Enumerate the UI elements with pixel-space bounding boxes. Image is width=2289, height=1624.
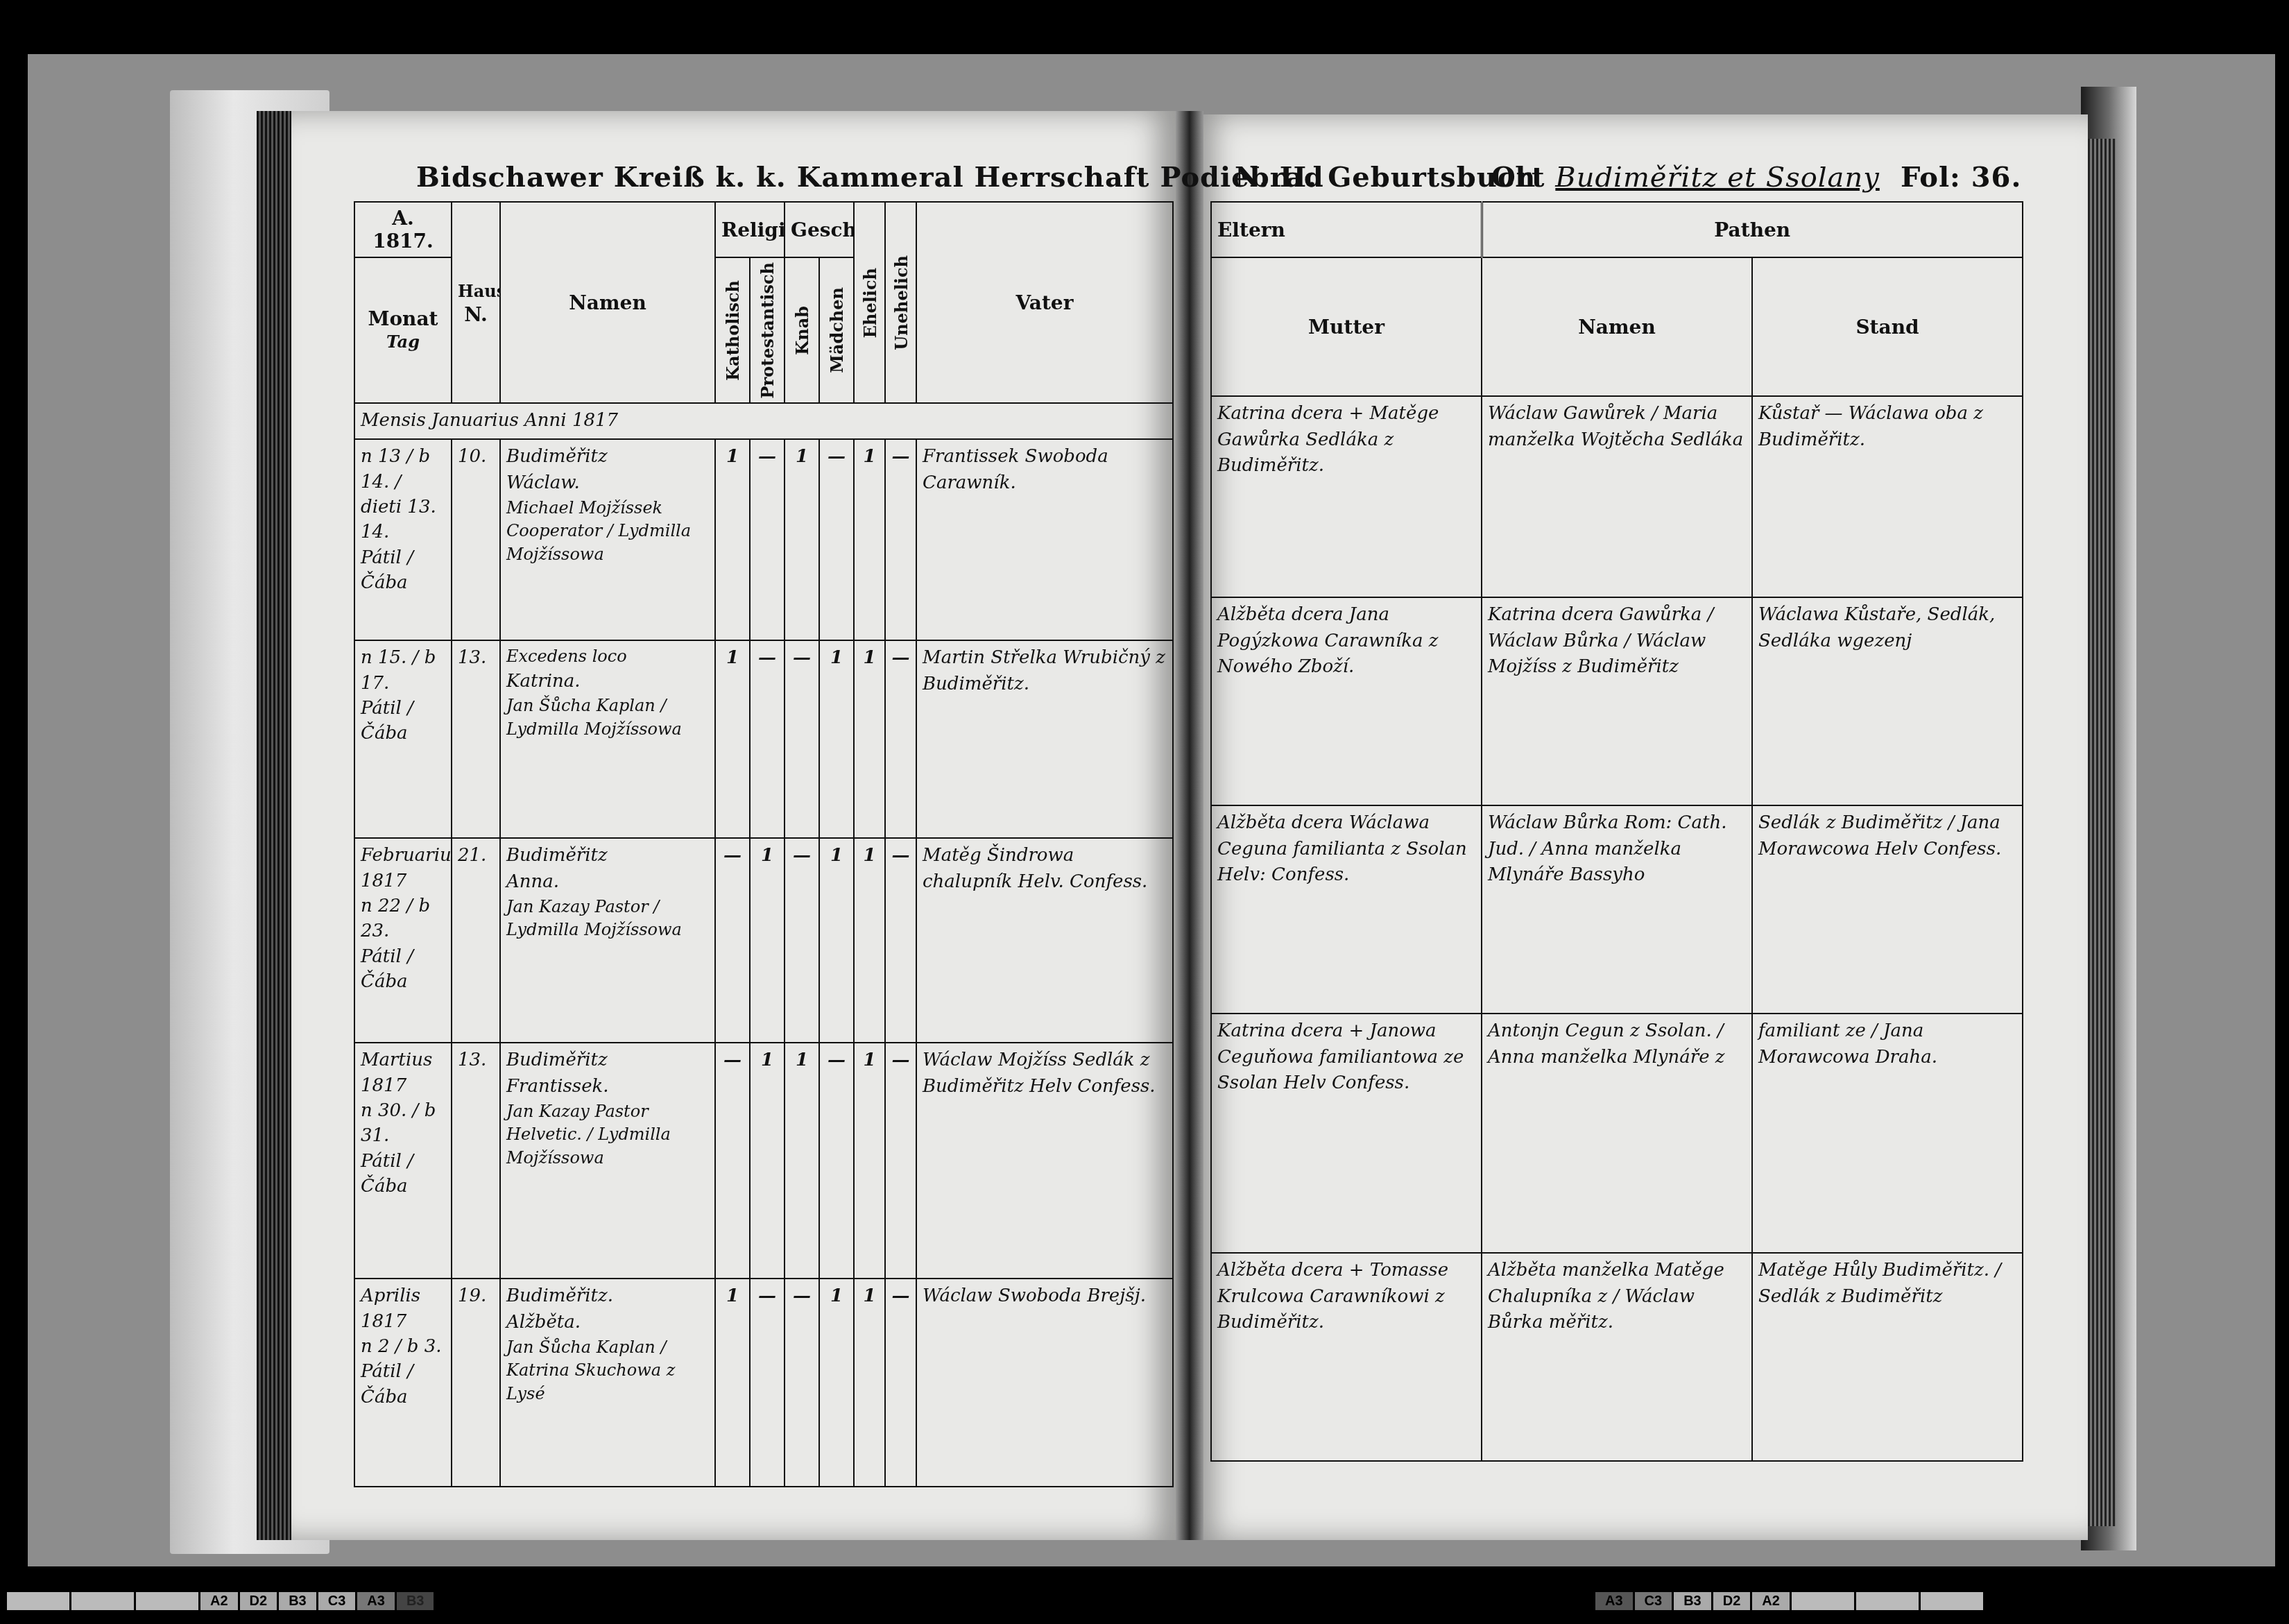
house-header: HausN. xyxy=(452,202,500,403)
right-register-table: Eltern Pathen Mutter Namen Stand Katrina… xyxy=(1210,201,2023,1462)
entry-mother: Katrina dcera + Janowa Ceguňowa familian… xyxy=(1211,1014,1482,1253)
entry-mother: Alžběta dcera Wáclawa Ceguna familianta … xyxy=(1211,805,1482,1014)
strip-label: B3 xyxy=(1674,1592,1713,1610)
illegitimate-header: Unehelich xyxy=(885,202,916,403)
film-calibration-strip-right: A3 C3 B3 D2 A2 xyxy=(1595,1592,1985,1613)
entry-illegitimate: — xyxy=(885,838,916,1043)
parents-header-continued: Eltern xyxy=(1211,202,1482,257)
strip-blank xyxy=(1856,1592,1921,1610)
names-header: Namen xyxy=(500,202,715,403)
father-header: Vater xyxy=(916,202,1173,403)
godparents-header: Pathen xyxy=(1482,202,2023,257)
entry-protestant: — xyxy=(750,640,785,838)
entry-godparents: Katrina dcera Gawůrka / Wáclaw Bůrka / W… xyxy=(1482,597,1752,805)
entry-legitimate: 1 xyxy=(854,1043,885,1279)
strip-label: B3 xyxy=(279,1592,318,1610)
register-entry: Katrina dcera + Matěge Gawůrka Sedláka z… xyxy=(1211,396,2023,597)
entry-date: n 15. / b 17. xyxy=(361,645,445,696)
entry-house-number: 10. xyxy=(452,439,500,640)
entry-place: Excedens loco xyxy=(506,645,709,669)
entry-girl: — xyxy=(819,1043,854,1279)
entry-date: n 22 / b 23. xyxy=(361,894,445,944)
entry-father: Martin Střelka Wrubičný z Budiměřitz. xyxy=(916,640,1173,838)
entry-house-number: 13. xyxy=(452,640,500,838)
entry-godparents: Alžběta manželka Matěge Chalupníka z / W… xyxy=(1482,1253,1752,1461)
godparent-names-header: Namen xyxy=(1482,257,1752,396)
legitimate-header: Ehelich xyxy=(854,202,885,403)
strip-label: D2 xyxy=(1713,1592,1753,1610)
entry-illegitimate: — xyxy=(885,640,916,838)
entry-father: Frantissek Swoboda Carawník. xyxy=(916,439,1173,640)
strip-label: D2 xyxy=(240,1592,280,1610)
entry-boy: 1 xyxy=(785,1043,819,1279)
entry-boy: — xyxy=(785,1279,819,1487)
entry-illegitimate: — xyxy=(885,1043,916,1279)
register-entry: n 15. / b 17.Pátil / Čába 13. Excedens l… xyxy=(354,640,1173,838)
register-entry: Katrina dcera + Janowa Ceguňowa familian… xyxy=(1211,1014,2023,1253)
place-name: Budiměřitz et Ssolany xyxy=(1555,162,1879,194)
entry-father: Wáclaw Mojžíss Sedlák z Budiměřitz Helv … xyxy=(916,1043,1173,1279)
entry-baptist-label: Pátil / Čába xyxy=(361,545,445,596)
strip-label: C3 xyxy=(1635,1592,1674,1610)
register-entry: Februarius 1817n 22 / b 23.Pátil / Čába … xyxy=(354,838,1173,1043)
entry-baptized-by: Michael Mojžíssek Cooperator / Lydmilla … xyxy=(506,497,709,567)
girl-header: Mädchen xyxy=(819,257,854,403)
protestant-header: Protestantisch xyxy=(750,257,785,403)
register-entry: Alžběta dcera Jana Pogýzkowa Carawníka z… xyxy=(1211,597,2023,805)
mother-header: Mutter xyxy=(1211,257,1482,396)
year-header: A. 1817. xyxy=(354,202,452,257)
strip-label: A2 xyxy=(1752,1592,1792,1610)
entry-godparent-status: Wáclawa Kůstaře, Sedlák, Sedláka wgezenj xyxy=(1752,597,2023,805)
entry-mother: Alžběta dcera Jana Pogýzkowa Carawníka z… xyxy=(1211,597,1482,805)
folio-number: Fol: 36. xyxy=(1901,161,2021,194)
book-gutter xyxy=(1176,111,1203,1540)
strip-label: A3 xyxy=(357,1592,397,1610)
entry-mother: Katrina dcera + Matěge Gawůrka Sedláka z… xyxy=(1211,396,1482,597)
entry-mother: Alžběta dcera + Tomasse Krulcowa Carawní… xyxy=(1211,1253,1482,1461)
entry-baptized-by: Jan Šůcha Kaplan / Lydmilla Mojžíssowa xyxy=(506,694,709,741)
entry-protestant: 1 xyxy=(750,1043,785,1279)
entry-godparent-status: familiant ze / Jana Morawcowa Draha. xyxy=(1752,1014,2023,1253)
month-header: MonatTag xyxy=(354,257,452,403)
entry-child-name: Katrina. xyxy=(506,669,709,695)
entry-house-number: 19. xyxy=(452,1279,500,1487)
entry-place: Budiměřitz xyxy=(506,1048,709,1074)
entry-date: n 13 / b 14. / dieti 13. 14. xyxy=(361,444,445,545)
strip-blank xyxy=(136,1592,200,1610)
entry-father: Wáclaw Swoboda Brejšj. xyxy=(916,1279,1173,1487)
strip-label: A3 xyxy=(1595,1592,1635,1610)
entry-child-name: Frantissek. xyxy=(506,1074,709,1100)
register-entry: n 13 / b 14. / dieti 13. 14.Pátil / Čába… xyxy=(354,439,1173,640)
entry-place: Budiměřitz xyxy=(506,843,709,869)
entry-child-name: Alžběta. xyxy=(506,1310,709,1336)
entry-catholic: 1 xyxy=(715,439,750,640)
entry-catholic: — xyxy=(715,838,750,1043)
register-entry: Alžběta dcera Wáclawa Ceguna familianta … xyxy=(1211,805,2023,1014)
entry-boy: — xyxy=(785,838,819,1043)
entry-godparent-status: Kůstař — Wáclawa oba z Budiměřitz. xyxy=(1752,396,2023,597)
status-header: Stand xyxy=(1752,257,2023,396)
entry-godparents: Wáclaw Bůrka Rom: Cath. Jud. / Anna manž… xyxy=(1482,805,1752,1014)
left-page-header: Bidschawer Kreiß k. k. Kammeral Herrscha… xyxy=(416,161,1324,194)
entry-month: Aprilis 1817 xyxy=(361,1283,445,1334)
entry-baptist-label: Pátil / Čába xyxy=(361,1359,445,1410)
month-heading: Mensis Januarius Anni 1817 xyxy=(354,403,1173,439)
gender-header: Geschlecht xyxy=(785,202,854,257)
religion-header: Religion xyxy=(715,202,785,257)
entry-godparent-status: Matěge Hůly Budiměřitz. / Sedlák z Budim… xyxy=(1752,1253,2023,1461)
left-register-table: A. 1817. HausN. Namen Religion Geschlech… xyxy=(354,201,1174,1487)
entry-baptist-label: Pátil / Čába xyxy=(361,696,445,746)
entry-illegitimate: — xyxy=(885,439,916,640)
entry-child-name: Wáclaw. xyxy=(506,470,709,497)
entry-protestant: — xyxy=(750,1279,785,1487)
entry-father: Matěg Šindrowa chalupník Helv. Confess. xyxy=(916,838,1173,1043)
entry-house-number: 21. xyxy=(452,838,500,1043)
entry-baptist-label: Pátil / Čába xyxy=(361,1149,445,1199)
entry-girl: 1 xyxy=(819,838,854,1043)
entry-illegitimate: — xyxy=(885,1279,916,1487)
entry-legitimate: 1 xyxy=(854,439,885,640)
entry-baptist-label: Pátil / Čába xyxy=(361,944,445,995)
strip-blank xyxy=(7,1592,71,1610)
entry-month: Martius 1817 xyxy=(361,1048,445,1098)
entry-boy: — xyxy=(785,640,819,838)
entry-girl: — xyxy=(819,439,854,640)
entry-protestant: — xyxy=(750,439,785,640)
ort-label: Ort xyxy=(1491,161,1545,194)
strip-blank xyxy=(71,1592,136,1610)
entry-baptized-by: Jan Kazay Pastor Helvetic. / Lydmilla Mo… xyxy=(506,1100,709,1170)
entry-girl: 1 xyxy=(819,1279,854,1487)
strip-label: B3 xyxy=(397,1592,436,1610)
register-entry: Aprilis 1817n 2 / b 3.Pátil / Čába 19. B… xyxy=(354,1279,1173,1487)
film-calibration-strip-left: A2 D2 B3 C3 A3 B3 xyxy=(7,1592,436,1613)
strip-label: C3 xyxy=(318,1592,358,1610)
strip-blank xyxy=(1792,1592,1856,1610)
entry-godparents: Antonjn Cegun z Ssolan. / Anna manželka … xyxy=(1482,1014,1752,1253)
entry-place: Budiměřitz. xyxy=(506,1283,709,1310)
page-stack-left xyxy=(257,111,291,1540)
entry-godparents: Wáclaw Gawůrek / Maria manželka Wojtěcha… xyxy=(1482,396,1752,597)
entry-legitimate: 1 xyxy=(854,640,885,838)
entry-catholic: — xyxy=(715,1043,750,1279)
entry-date: n 30. / b 31. xyxy=(361,1098,445,1149)
register-entry: Martius 1817n 30. / b 31.Pátil / Čába 13… xyxy=(354,1043,1173,1279)
entry-house-number: 13. xyxy=(452,1043,500,1279)
entry-month: Februarius 1817 xyxy=(361,843,445,894)
entry-legitimate: 1 xyxy=(854,1279,885,1487)
entry-godparent-status: Sedlák z Budiměřitz / Jana Morawcowa Hel… xyxy=(1752,805,2023,1014)
catholic-header: Katholisch xyxy=(715,257,750,403)
entry-date: n 2 / b 3. xyxy=(361,1334,445,1359)
entry-boy: 1 xyxy=(785,439,819,640)
place-header: Ort Budiměřitz et Ssolany xyxy=(1491,161,1880,194)
entry-catholic: 1 xyxy=(715,640,750,838)
strip-blank xyxy=(1921,1592,1985,1610)
entry-place: Budiměřitz xyxy=(506,444,709,470)
register-entry: Alžběta dcera + Tomasse Krulcowa Carawní… xyxy=(1211,1253,2023,1461)
entry-legitimate: 1 xyxy=(854,838,885,1043)
page-stack-right xyxy=(2088,139,2116,1526)
entry-baptized-by: Jan Šůcha Kaplan / Katrina Skuchowa z Ly… xyxy=(506,1336,709,1406)
entry-child-name: Anna. xyxy=(506,869,709,896)
boy-header: Knab xyxy=(785,257,819,403)
entry-baptized-by: Jan Kazay Pastor / Lydmilla Mojžíssowa xyxy=(506,896,709,942)
entry-catholic: 1 xyxy=(715,1279,750,1487)
entry-girl: 1 xyxy=(819,640,854,838)
entry-protestant: 1 xyxy=(750,838,785,1043)
strip-label: A2 xyxy=(200,1592,240,1610)
